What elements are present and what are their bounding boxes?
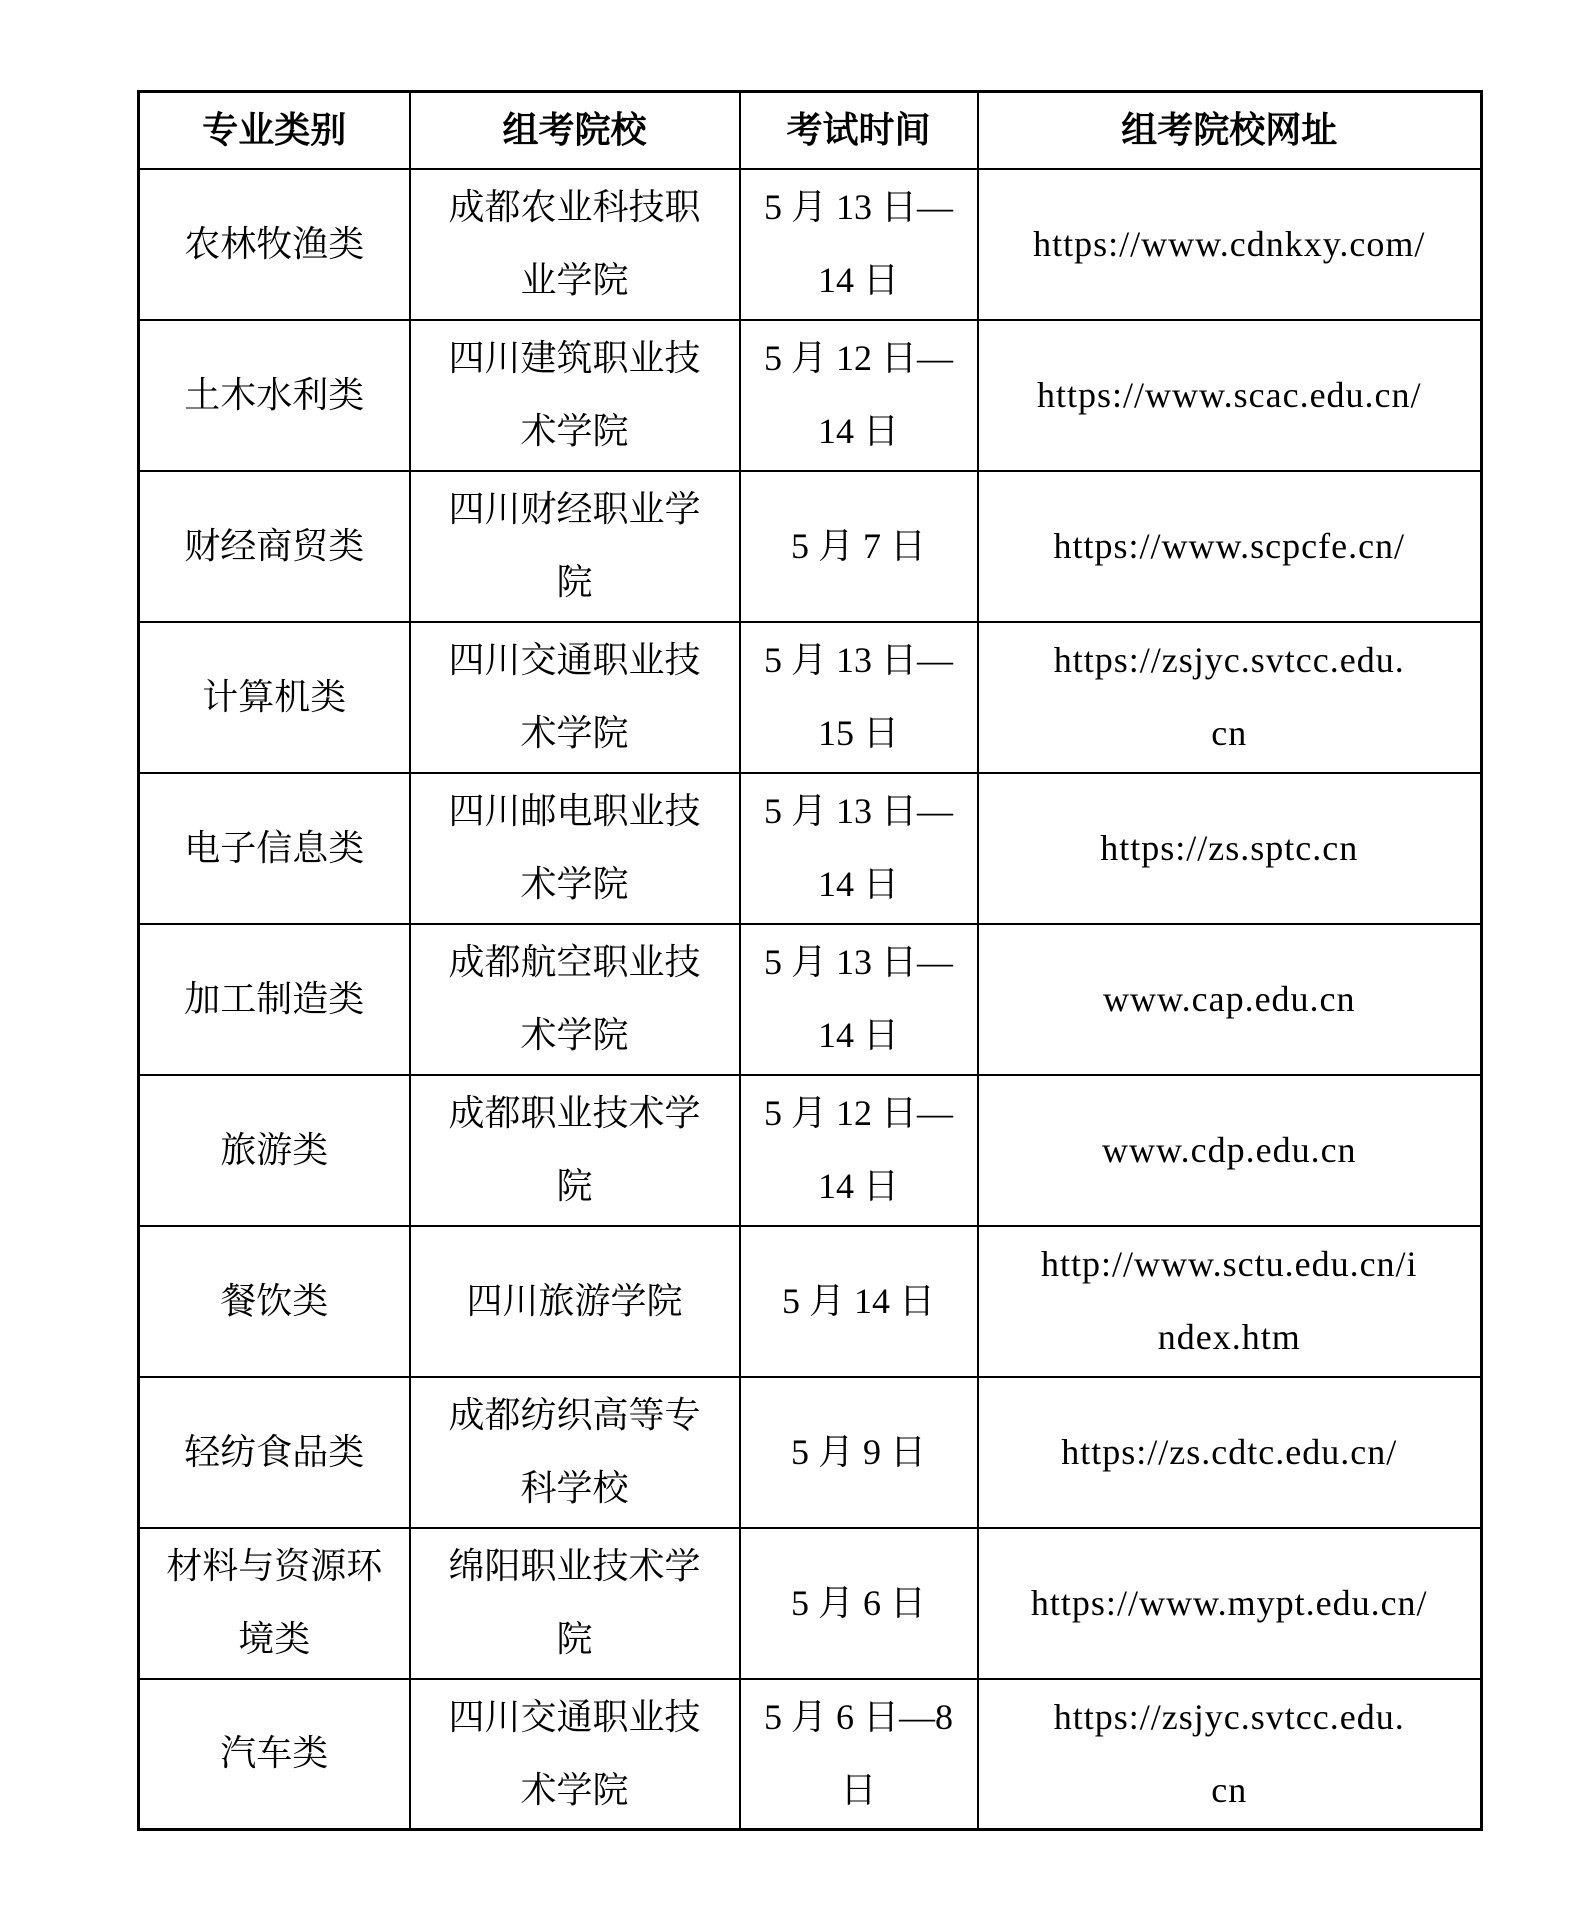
cell-time: 5 月 13 日— 14 日 [740, 773, 978, 924]
table-row: 汽车类 四川交通职业技 术学院 5 月 6 日—8 日 https://zsjy… [139, 1679, 1482, 1830]
table-row: 电子信息类 四川邮电职业技 术学院 5 月 13 日— 14 日 https:/… [139, 773, 1482, 924]
cell-school: 成都职业技术学 院 [410, 1075, 740, 1226]
cell-url: https://www.cdnkxy.com/ [978, 169, 1482, 320]
cell-category: 汽车类 [139, 1679, 410, 1830]
cell-time: 5 月 9 日 [740, 1377, 978, 1528]
cell-school: 四川旅游学院 [410, 1226, 740, 1377]
column-header-url: 组考院校网址 [978, 92, 1482, 169]
table-header-row: 专业类别 组考院校 考试时间 组考院校网址 [139, 92, 1482, 169]
cell-school: 四川建筑职业技 术学院 [410, 320, 740, 471]
table-row: 材料与资源环 境类 绵阳职业技术学 院 5 月 6 日 https://www.… [139, 1528, 1482, 1679]
cell-category: 农林牧渔类 [139, 169, 410, 320]
cell-category: 财经商贸类 [139, 471, 410, 622]
column-header-school: 组考院校 [410, 92, 740, 169]
document-page: 专业类别 组考院校 考试时间 组考院校网址 农林牧渔类 成都农业科技职 业学院 … [0, 0, 1587, 1915]
cell-school: 成都航空职业技 术学院 [410, 924, 740, 1075]
cell-url: https://zs.sptc.cn [978, 773, 1482, 924]
cell-category: 材料与资源环 境类 [139, 1528, 410, 1679]
table-row: 餐饮类 四川旅游学院 5 月 14 日 http://www.sctu.edu.… [139, 1226, 1482, 1377]
cell-category: 加工制造类 [139, 924, 410, 1075]
cell-time: 5 月 13 日— 14 日 [740, 924, 978, 1075]
cell-time: 5 月 6 日 [740, 1528, 978, 1679]
table-row: 计算机类 四川交通职业技 术学院 5 月 13 日— 15 日 https://… [139, 622, 1482, 773]
table-row: 财经商贸类 四川财经职业学 院 5 月 7 日 https://www.scpc… [139, 471, 1482, 622]
table-row: 轻纺食品类 成都纺织高等专 科学校 5 月 9 日 https://zs.cdt… [139, 1377, 1482, 1528]
cell-category: 旅游类 [139, 1075, 410, 1226]
cell-school: 四川交通职业技 术学院 [410, 1679, 740, 1830]
cell-category: 轻纺食品类 [139, 1377, 410, 1528]
table-row: 土木水利类 四川建筑职业技 术学院 5 月 12 日— 14 日 https:/… [139, 320, 1482, 471]
cell-school: 成都农业科技职 业学院 [410, 169, 740, 320]
cell-school: 四川交通职业技 术学院 [410, 622, 740, 773]
exam-schedule-table: 专业类别 组考院校 考试时间 组考院校网址 农林牧渔类 成都农业科技职 业学院 … [137, 90, 1483, 1831]
cell-time: 5 月 12 日— 14 日 [740, 1075, 978, 1226]
cell-url: www.cap.edu.cn [978, 924, 1482, 1075]
cell-category: 土木水利类 [139, 320, 410, 471]
cell-url: www.cdp.edu.cn [978, 1075, 1482, 1226]
column-header-time: 考试时间 [740, 92, 978, 169]
table-row: 加工制造类 成都航空职业技 术学院 5 月 13 日— 14 日 www.cap… [139, 924, 1482, 1075]
cell-url: http://www.sctu.edu.cn/i ndex.htm [978, 1226, 1482, 1377]
cell-time: 5 月 13 日— 14 日 [740, 169, 978, 320]
cell-school: 四川财经职业学 院 [410, 471, 740, 622]
cell-url: https://zs.cdtc.edu.cn/ [978, 1377, 1482, 1528]
cell-school: 绵阳职业技术学 院 [410, 1528, 740, 1679]
table-row: 旅游类 成都职业技术学 院 5 月 12 日— 14 日 www.cdp.edu… [139, 1075, 1482, 1226]
cell-category: 电子信息类 [139, 773, 410, 924]
cell-url: https://zsjyc.svtcc.edu. cn [978, 1679, 1482, 1830]
cell-time: 5 月 7 日 [740, 471, 978, 622]
cell-url: https://www.scac.edu.cn/ [978, 320, 1482, 471]
table-row: 农林牧渔类 成都农业科技职 业学院 5 月 13 日— 14 日 https:/… [139, 169, 1482, 320]
cell-url: https://www.mypt.edu.cn/ [978, 1528, 1482, 1679]
cell-time: 5 月 14 日 [740, 1226, 978, 1377]
cell-time: 5 月 6 日—8 日 [740, 1679, 978, 1830]
cell-school: 成都纺织高等专 科学校 [410, 1377, 740, 1528]
column-header-category: 专业类别 [139, 92, 410, 169]
cell-school: 四川邮电职业技 术学院 [410, 773, 740, 924]
cell-category: 计算机类 [139, 622, 410, 773]
cell-time: 5 月 12 日— 14 日 [740, 320, 978, 471]
cell-category: 餐饮类 [139, 1226, 410, 1377]
cell-time: 5 月 13 日— 15 日 [740, 622, 978, 773]
cell-url: https://zsjyc.svtcc.edu. cn [978, 622, 1482, 773]
cell-url: https://www.scpcfe.cn/ [978, 471, 1482, 622]
